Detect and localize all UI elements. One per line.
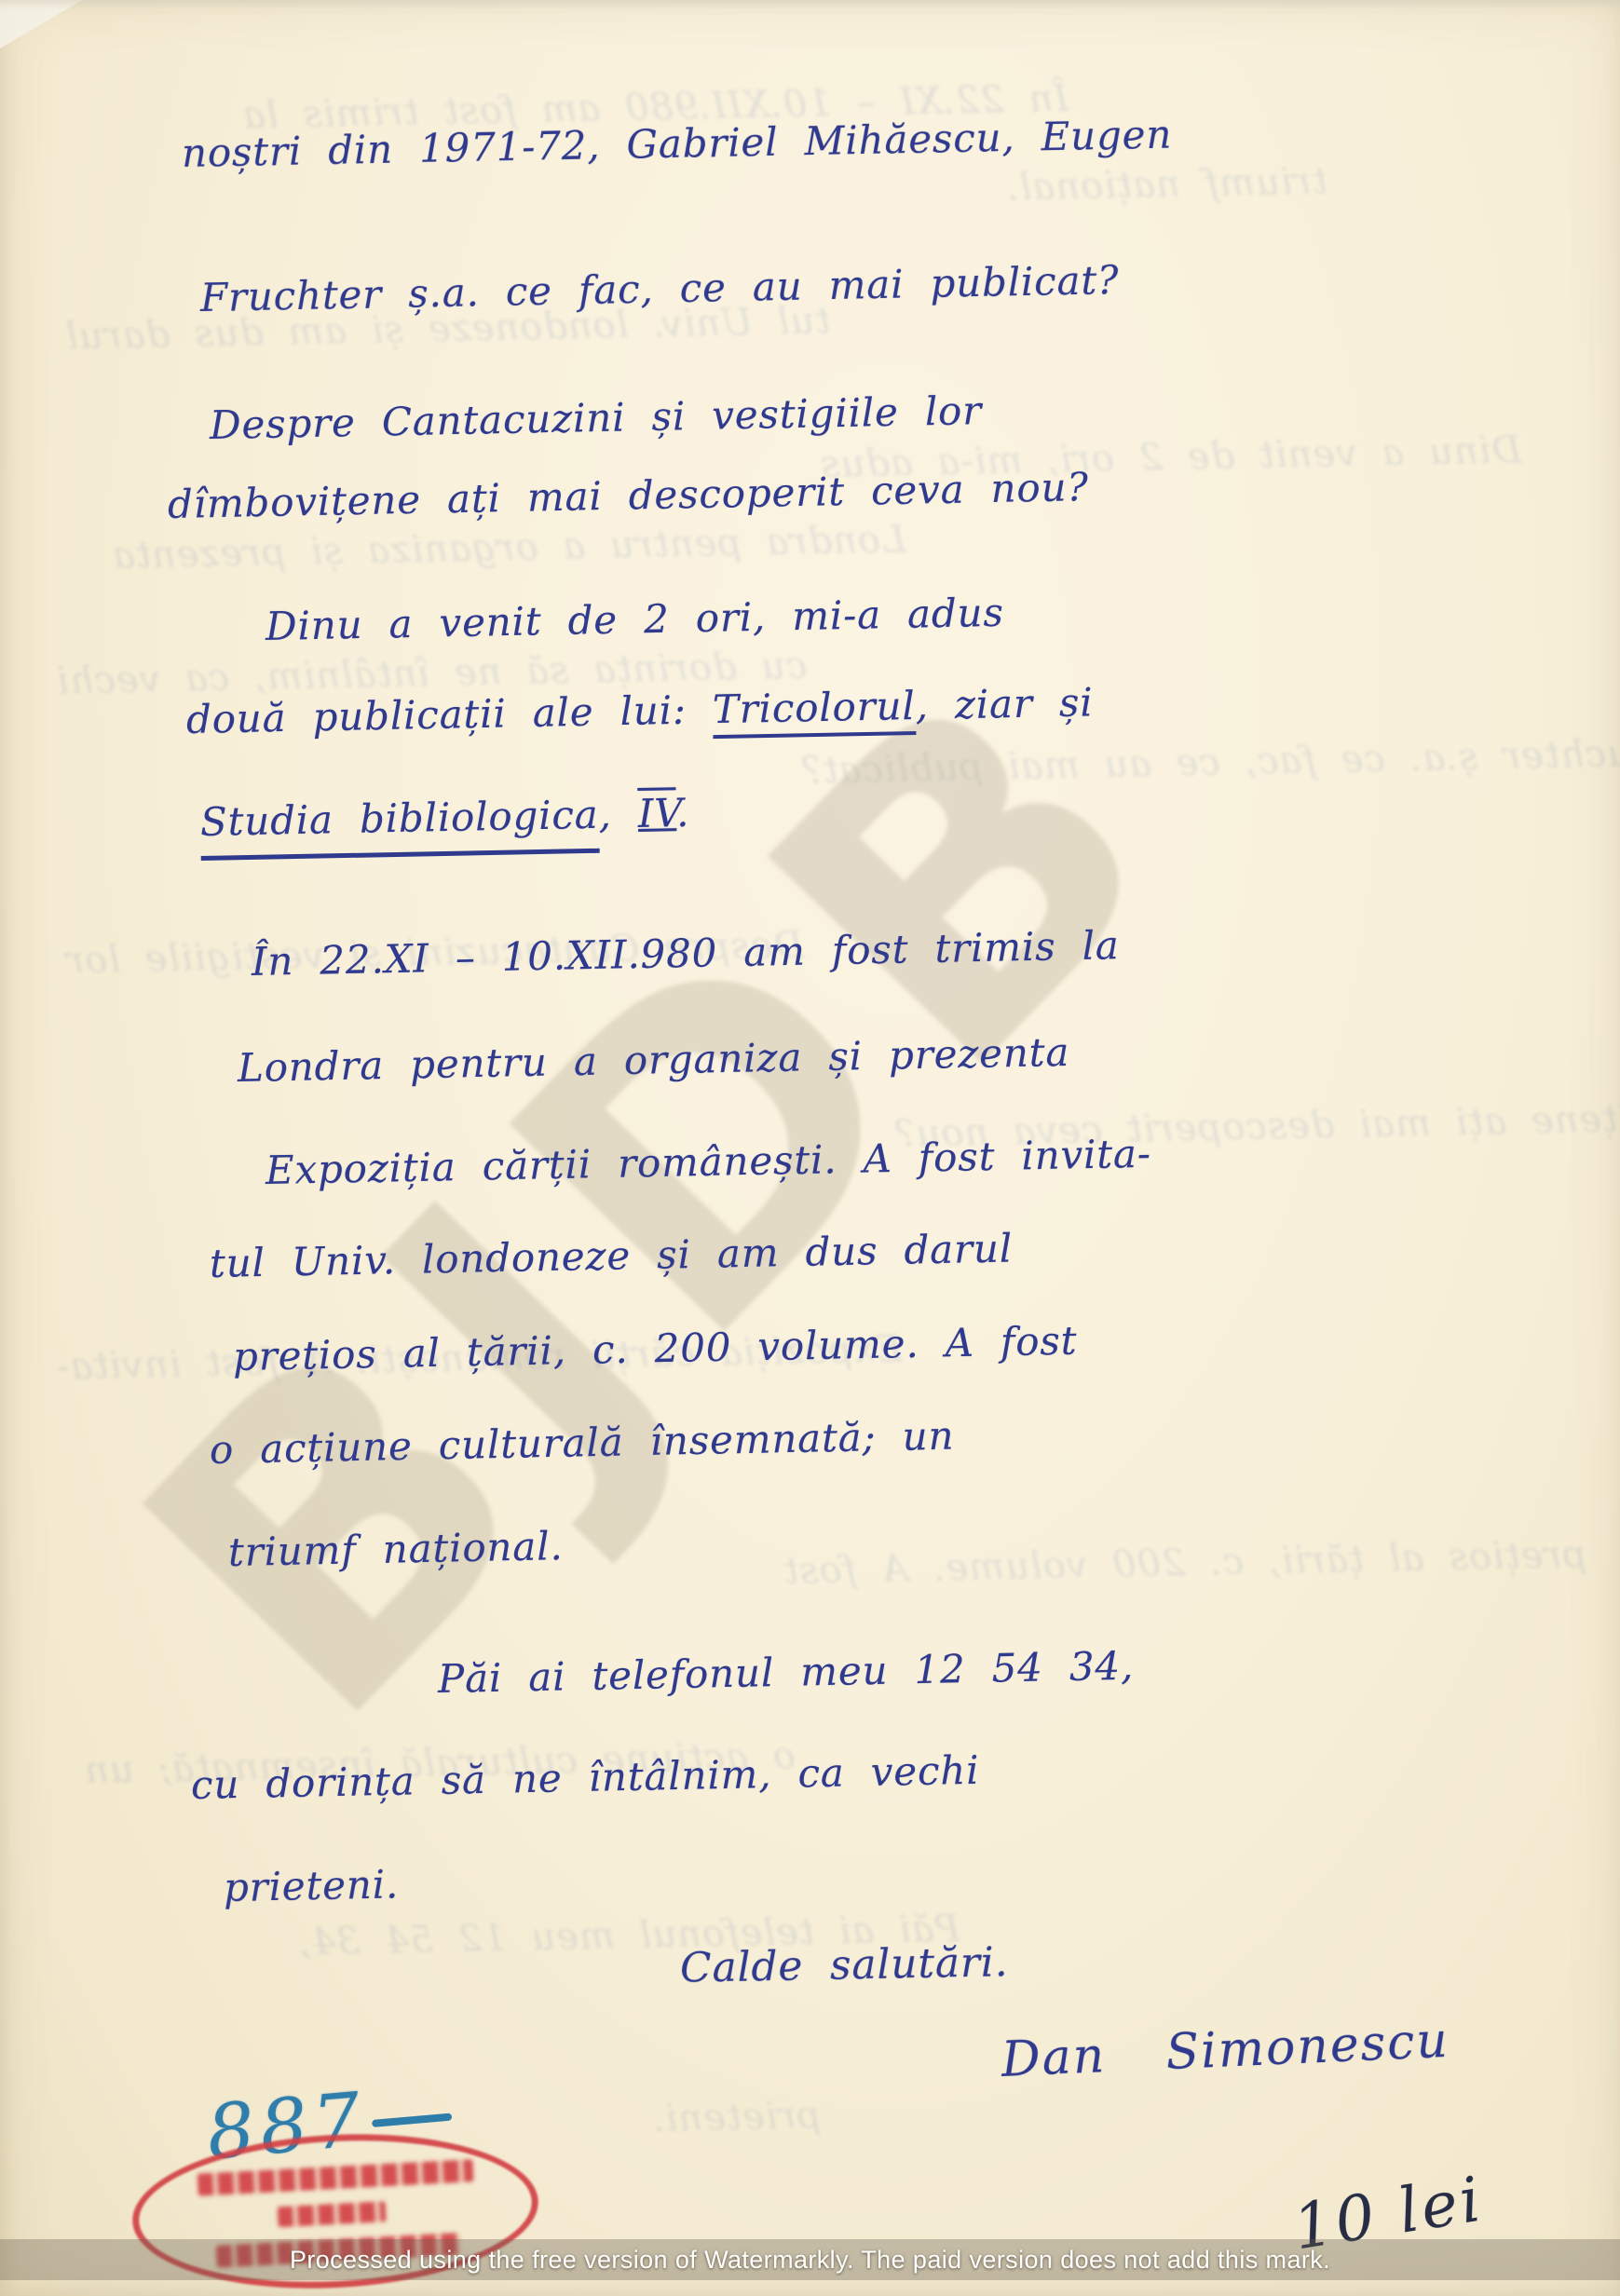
- roman-numeral: IV: [637, 790, 676, 836]
- ghost-line: Londra pentru a organiza și prezenta: [112, 518, 906, 577]
- letter-line: Păi ai telefonul meu 12 54 34,: [438, 1643, 1135, 1702]
- letter-line: o acțiune culturală însemnată; un: [210, 1413, 955, 1473]
- letter-line: triumf național.: [228, 1523, 564, 1575]
- letter-line: Fruchter ș.a. ce fac, ce au mai publicat…: [200, 257, 1120, 320]
- ghost-line: Fruchter ș.a. ce fac, ce au mai publicat…: [801, 731, 1620, 793]
- line-text: , ziar și: [915, 679, 1094, 728]
- line-text: două publicații ale lui:: [186, 686, 714, 742]
- signature: Dan Simonescu: [1001, 2013, 1450, 2088]
- letter-line: prieteni.: [224, 1861, 400, 1910]
- ghost-line: prețios al țării, c. 200 volume. A fost: [783, 1533, 1587, 1593]
- letter-line: două publicații ale lui: Tricolorul, zia…: [186, 679, 1094, 742]
- ghost-line: triumf național.: [1006, 159, 1328, 209]
- stamp-text-smudge: [278, 2201, 387, 2227]
- letter-line: noștri din 1971-72, Gabriel Mihăescu, Eu…: [182, 112, 1173, 176]
- inventory-number-dash: [372, 2113, 452, 2127]
- scanned-letter-page: În 22.XI – 10.XII.980 am fost trimis la …: [0, 0, 1620, 2296]
- letter-line: Despre Cantacuzini și vestigiile lor: [210, 387, 983, 448]
- inventory-number: 887: [203, 2069, 455, 2177]
- letter-line: tul Univ. londoneze și am dus darul: [210, 1225, 1014, 1286]
- underlined-title-tricolorul: Tricolorul: [712, 683, 916, 739]
- letter-line: În 22.XI – 10.XII.980 am fost trimis la: [252, 922, 1121, 985]
- underlined-title-studia: Studia bibliologica: [200, 792, 600, 861]
- letter-line: cu dorința să ne întâlnim, ca vechi: [191, 1747, 980, 1808]
- watermarkly-text: Processed using the free version of Wate…: [290, 2246, 1330, 2275]
- letter-line: Studia bibliologica, IV.: [200, 790, 690, 845]
- letter-line: prețios al țării, c. 200 volume. A fost: [233, 1318, 1078, 1379]
- line-text: .: [676, 790, 690, 836]
- letter-line: Londra pentru a organiza și prezenta: [238, 1029, 1070, 1091]
- paper-top-edge: [0, 0, 1620, 9]
- line-text: ,: [598, 791, 638, 837]
- letter-line: Dinu a venit de 2 ori, mi-a adus: [265, 590, 1005, 649]
- letter-line: Expoziția cărții românești. A fost invit…: [265, 1131, 1152, 1193]
- watermarkly-bar: Processed using the free version of Wate…: [0, 2239, 1620, 2280]
- closing-salutation: Calde salutări.: [680, 1938, 1009, 1992]
- inventory-number-value: 887: [203, 2076, 369, 2177]
- letter-line: dîmbovițene ați mai descoperit ceva nou?: [168, 464, 1090, 527]
- ghost-line: prieteni.: [652, 2094, 822, 2140]
